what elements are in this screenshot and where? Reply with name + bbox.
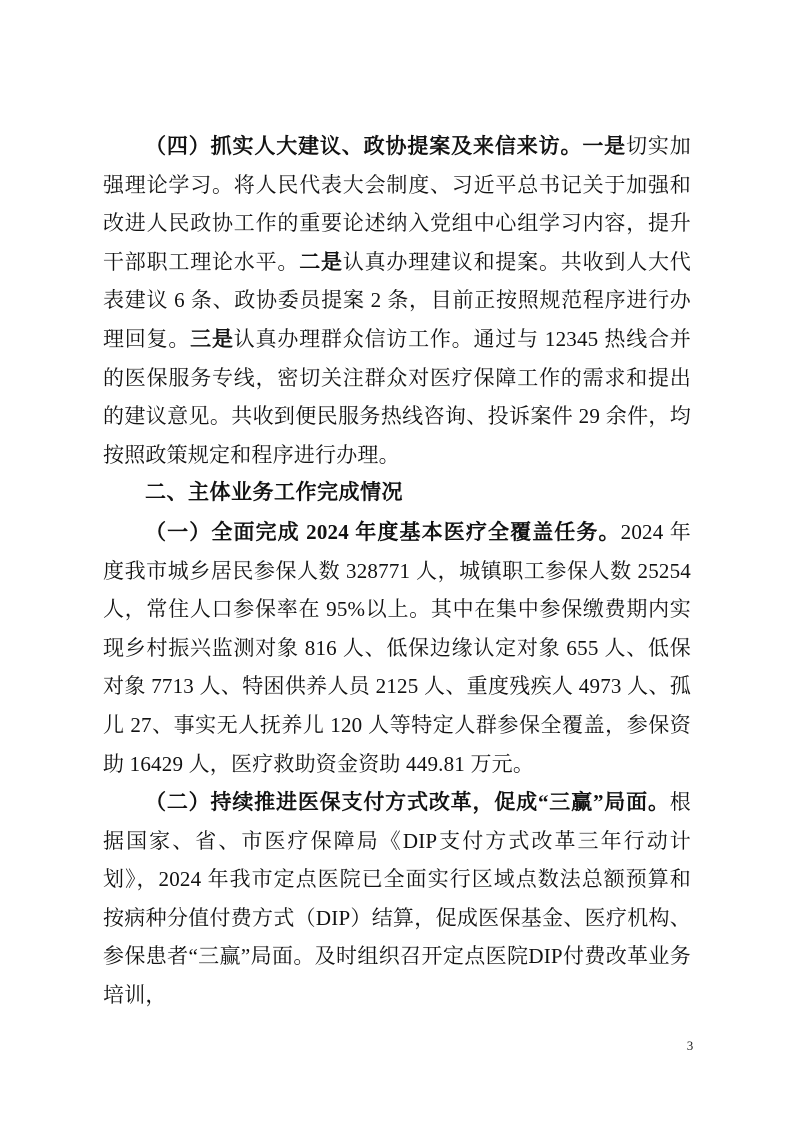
paragraph-text: 根据国家、省、市医疗保障局《DIP支付方式改革三年行动计划》，2024 年我市定…: [103, 790, 691, 1007]
paragraph-lead-two: （二）持续推进医保支付方式改革，促成“三赢”局面。: [145, 790, 670, 814]
document-page: （四）抓实人大建议、政协提案及来信来访。一是切实加强理论学习。将人民代表大会制度…: [0, 0, 793, 1122]
page-number: 3: [680, 1038, 700, 1054]
section-heading-two: 二、主体业务工作完成情况: [103, 474, 691, 513]
paragraph-lead-four: （四）抓实人大建议、政协提案及来信来访。一是: [145, 134, 626, 158]
paragraph-lead-sanshi: 三是: [190, 327, 234, 351]
paragraph-section-four: （四）抓实人大建议、政协提案及来信来访。一是切实加强理论学习。将人民代表大会制度…: [103, 127, 691, 474]
paragraph-lead-one: （一）全面完成 2024 年度基本医疗全覆盖任务。: [145, 520, 621, 544]
paragraph-section-two: （二）持续推进医保支付方式改革，促成“三赢”局面。根据国家、省、市医疗保障局《D…: [103, 783, 691, 1015]
paragraph-section-one: （一）全面完成 2024 年度基本医疗全覆盖任务。2024 年度我市城乡居民参保…: [103, 513, 691, 783]
paragraph-text: 2024 年度我市城乡居民参保人数 328771 人，城镇职工参保人数 2525…: [103, 520, 691, 776]
paragraph-lead-ershi: 二是: [299, 250, 343, 274]
document-content: （四）抓实人大建议、政协提案及来信来访。一是切实加强理论学习。将人民代表大会制度…: [103, 127, 691, 1015]
